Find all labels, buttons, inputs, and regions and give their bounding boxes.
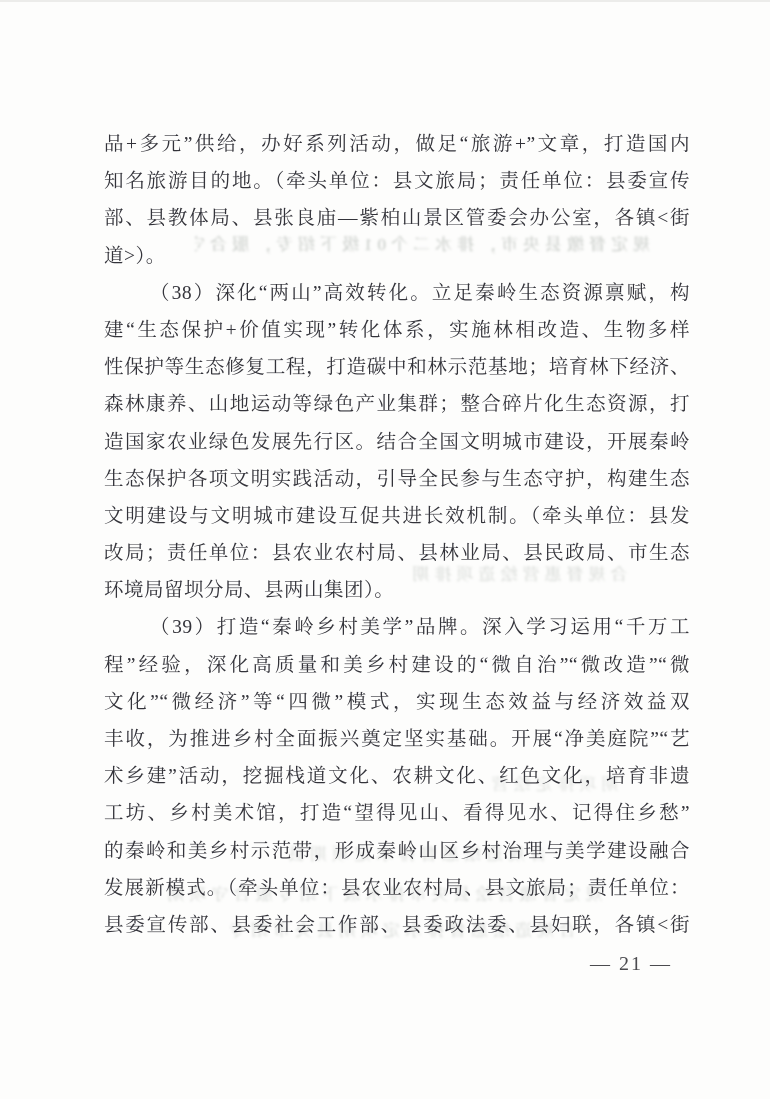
text-line: 丰收，为推进乡村全面振兴奠定坚实基础。开展“净美庭院”“艺 bbox=[104, 721, 690, 758]
text-line: 工坊、乡村美术馆，打造“望得见山、看得见水、记得住乡愁” bbox=[104, 795, 690, 832]
document-page: 规定督缴县央市，排水二个01级下绍专，服合守 合规督惠营绘造项排期 期项排定绘营… bbox=[0, 0, 770, 1099]
text-line: 部、县教体局、县张良庙—紫柏山景区管委会办公室，各镇<街 bbox=[104, 200, 690, 237]
text-line: 术乡建”活动，挖掘栈道文化、农耕文化、红色文化，培育非遗 bbox=[104, 758, 690, 795]
text-line: 知名旅游目的地。（牵头单位：县文旅局；责任单位：县委宣传 bbox=[104, 163, 690, 200]
text-line: 品+多元”供给，办好系列活动，做足“旅游+”文章，打造国内 bbox=[104, 126, 690, 163]
text-line: 造国家农业绿色发展先行区。结合全国文明城市建设，开展秦岭 bbox=[104, 424, 690, 461]
text-line: 改局；责任单位：县农业农村局、县林业局、县民政局、市生态 bbox=[104, 535, 690, 572]
text-line: （39）打造“秦岭乡村美学”品牌。深入学习运用“千万工 bbox=[104, 609, 690, 646]
page-number: — 21 — bbox=[590, 953, 690, 976]
text-line: 文明建设与文明城市建设互促共进长效机制。（牵头单位：县发 bbox=[104, 498, 690, 535]
document-body: 品+多元”供给，办好系列活动，做足“旅游+”文章，打造国内知名旅游目的地。（牵头… bbox=[104, 126, 690, 944]
text-line: 性保护等生态修复工程，打造碳中和林示范基地；培育林下经济、 bbox=[104, 349, 690, 386]
text-line: 环境局留坝分局、县两山集团）。 bbox=[104, 572, 690, 609]
text-line: 发展新模式。（牵头单位：县农业农村局、县文旅局；责任单位： bbox=[104, 870, 690, 907]
text-line: 程”经验，深化高质量和美乡村建设的“微自治”“微改造”“微 bbox=[104, 647, 690, 684]
scan-edge-artifact bbox=[0, 0, 770, 2]
text-line: 建“生态保护+价值实现”转化体系，实施林相改造、生物多样 bbox=[104, 312, 690, 349]
text-line: 生态保护各项文明实践活动，引导全民参与生态守护，构建生态 bbox=[104, 461, 690, 498]
text-line: 道>）。 bbox=[104, 238, 690, 275]
text-line: 森林康养、山地运动等绿色产业集群；整合碎片化生态资源，打 bbox=[104, 386, 690, 423]
text-line: 的秦岭和美乡村示范带，形成秦岭山区乡村治理与美学建设融合 bbox=[104, 833, 690, 870]
text-line: 县委宣传部、县委社会工作部、县委政法委、县妇联，各镇<街 bbox=[104, 907, 690, 944]
text-line: （38）深化“两山”高效转化。立足秦岭生态资源禀赋，构 bbox=[104, 275, 690, 312]
text-line: 文化”“微经济”等“四微”模式，实现生态效益与经济效益双 bbox=[104, 684, 690, 721]
